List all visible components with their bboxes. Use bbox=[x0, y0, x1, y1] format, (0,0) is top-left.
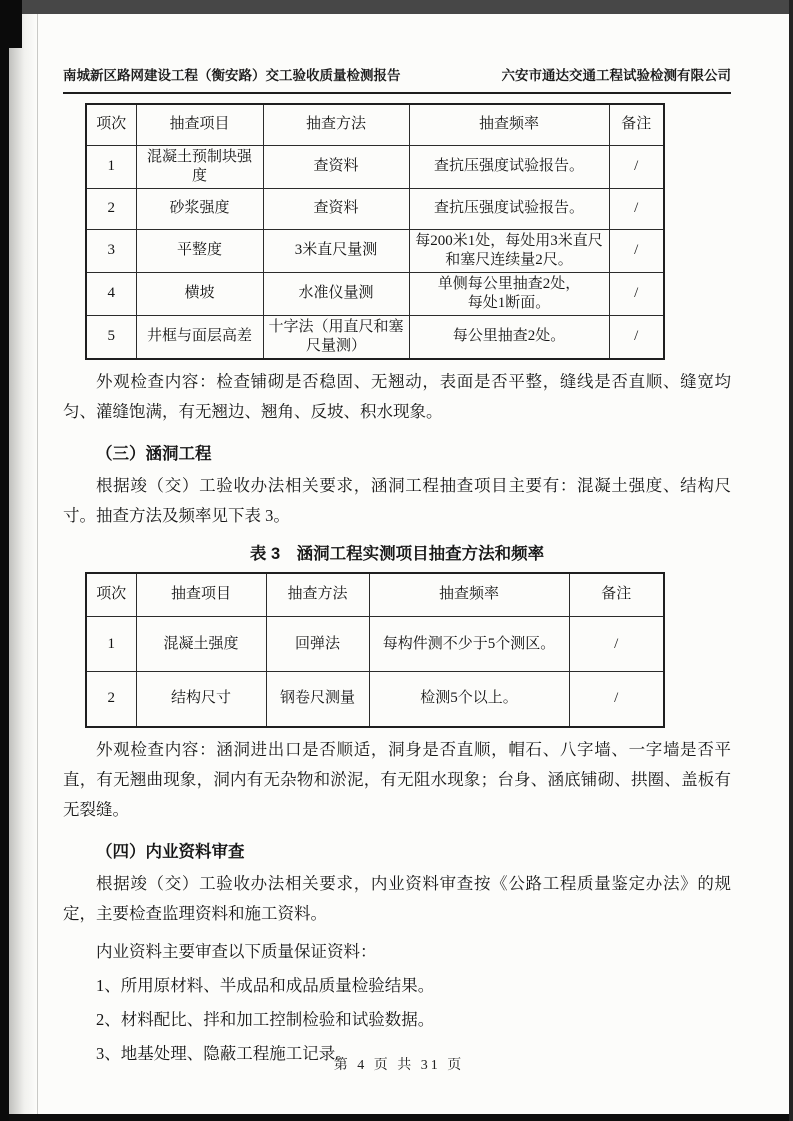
table-cell: 3米直尺量测 bbox=[263, 229, 409, 272]
table-cell: 5 bbox=[86, 315, 136, 359]
table-cell: / bbox=[609, 188, 664, 229]
table-cell: 混凝土预制块强度 bbox=[136, 145, 263, 188]
column-header: 抽查频率 bbox=[369, 573, 569, 617]
table-cell: 回弹法 bbox=[266, 617, 369, 672]
table-row: 5井框与面层高差十字法（用直尺和塞尺量测）每公里抽查2处。/ bbox=[86, 315, 664, 359]
table-cell: 1 bbox=[86, 145, 136, 188]
table-cell: 水准仪量测 bbox=[263, 272, 409, 315]
list-item-1: 1、所用原材料、半成品和成品质量检验结果。 bbox=[63, 975, 731, 997]
table-row: 3平整度3米直尺量测每200米1处，每处用3米直尺和塞尺连续量2尺。/ bbox=[86, 229, 664, 272]
table-cell: / bbox=[609, 315, 664, 359]
table-cell: 查抗压强度试验报告。 bbox=[409, 145, 609, 188]
table-cell: 每200米1处，每处用3米直尺和塞尺连续量2尺。 bbox=[409, 229, 609, 272]
table-cell: 查抗压强度试验报告。 bbox=[409, 188, 609, 229]
scanner-edge-corner bbox=[0, 0, 22, 48]
table-cell: 横坡 bbox=[136, 272, 263, 315]
table-cell: 十字法（用直尺和塞尺量测） bbox=[263, 315, 409, 359]
page-footer: 第 4 页 共 31 页 bbox=[9, 1054, 789, 1074]
column-header: 备注 bbox=[569, 573, 664, 617]
scanner-edge-top bbox=[0, 0, 793, 14]
inspection-table-pavement: 项次抽查项目抽查方法抽查频率备注 1混凝土预制块强度查资料查抗压强度试验报告。/… bbox=[85, 103, 665, 360]
column-header: 项次 bbox=[86, 104, 136, 145]
appearance-note-culvert: 外观检查内容：涵洞进出口是否顺适，洞身是否直顺，帽石、八字墙、一字墙是否平直，有… bbox=[63, 735, 731, 825]
culvert-intro: 根据竣（交）工验收办法相关要求，涵洞工程抽查项目主要有：混凝土强度、结构尺寸。抽… bbox=[63, 471, 731, 531]
table-cell: 砂浆强度 bbox=[136, 188, 263, 229]
column-header: 备注 bbox=[609, 104, 664, 145]
table-cell: 钢卷尺测量 bbox=[266, 672, 369, 727]
report-header: 南城新区路网建设工程（衡安路）交工验收质量检测报告 六安市通达交通工程试验检测有… bbox=[63, 64, 731, 94]
table-cell: 2 bbox=[86, 672, 136, 727]
scanner-edge-bottom bbox=[0, 1114, 793, 1121]
table-cell: 每公里抽查2处。 bbox=[409, 315, 609, 359]
column-header: 抽查方法 bbox=[266, 573, 369, 617]
table-cell: 单侧每公里抽查2处， 每处1断面。 bbox=[409, 272, 609, 315]
company-name: 六安市通达交通工程试验检测有限公司 bbox=[502, 64, 732, 84]
table-row: 1混凝土预制块强度查资料查抗压强度试验报告。/ bbox=[86, 145, 664, 188]
table-cell: 查资料 bbox=[263, 145, 409, 188]
table-cell: / bbox=[609, 229, 664, 272]
table-cell: 结构尺寸 bbox=[136, 672, 266, 727]
table-cell: 1 bbox=[86, 617, 136, 672]
table-row: 1混凝土强度回弹法每构件测不少于5个测区。/ bbox=[86, 617, 664, 672]
table-cell: / bbox=[609, 272, 664, 315]
table3-title: 表 3 涵洞工程实测项目抽查方法和频率 bbox=[63, 540, 731, 564]
column-header: 抽查项目 bbox=[136, 573, 266, 617]
table-cell: / bbox=[569, 672, 664, 727]
page-content: 南城新区路网建设工程（衡安路）交工验收质量检测报告 六安市通达交通工程试验检测有… bbox=[9, 14, 789, 1114]
table-cell: 井框与面层高差 bbox=[136, 315, 263, 359]
column-header: 项次 bbox=[86, 573, 136, 617]
scanner-edge-right bbox=[789, 0, 793, 1121]
table-cell: 3 bbox=[86, 229, 136, 272]
report-title: 南城新区路网建设工程（衡安路）交工验收质量检测报告 bbox=[63, 64, 401, 84]
table-cell: 4 bbox=[86, 272, 136, 315]
table-cell: / bbox=[609, 145, 664, 188]
document-page: 南城新区路网建设工程（衡安路）交工验收质量检测报告 六安市通达交通工程试验检测有… bbox=[9, 14, 789, 1114]
column-header: 抽查项目 bbox=[136, 104, 263, 145]
table-row: 2砂浆强度查资料查抗压强度试验报告。/ bbox=[86, 188, 664, 229]
inspection-table-culvert: 项次抽查项目抽查方法抽查频率备注 1混凝土强度回弹法每构件测不少于5个测区。/2… bbox=[85, 572, 665, 728]
table-cell: 平整度 bbox=[136, 229, 263, 272]
section-heading-documents: （四）内业资料审查 bbox=[63, 838, 731, 862]
table-row: 4横坡水准仪量测单侧每公里抽查2处， 每处1断面。/ bbox=[86, 272, 664, 315]
scanner-edge-left bbox=[0, 0, 9, 1121]
table-cell: 查资料 bbox=[263, 188, 409, 229]
list-item-2: 2、材料配比、拌和加工控制检验和试验数据。 bbox=[63, 1009, 731, 1031]
table-header-row: 项次抽查项目抽查方法抽查频率备注 bbox=[86, 104, 664, 145]
documents-intro: 根据竣（交）工验收办法相关要求，内业资料审查按《公路工程质量鉴定办法》的规定，主… bbox=[63, 869, 731, 929]
table-cell: 2 bbox=[86, 188, 136, 229]
column-header: 抽查频率 bbox=[409, 104, 609, 145]
table-cell: 混凝土强度 bbox=[136, 617, 266, 672]
table-cell: 每构件测不少于5个测区。 bbox=[369, 617, 569, 672]
column-header: 抽查方法 bbox=[263, 104, 409, 145]
section-heading-culvert: （三）涵洞工程 bbox=[63, 440, 731, 464]
appearance-note-pavement: 外观检查内容：检查铺砌是否稳固、无翘动，表面是否平整，缝线是否直顺、缝宽均匀、灌… bbox=[63, 367, 731, 427]
table-cell: / bbox=[569, 617, 664, 672]
list-intro: 内业资料主要审查以下质量保证资料： bbox=[63, 941, 731, 963]
table-header-row: 项次抽查项目抽查方法抽查频率备注 bbox=[86, 573, 664, 617]
table-cell: 检测5个以上。 bbox=[369, 672, 569, 727]
table-row: 2结构尺寸钢卷尺测量检测5个以上。/ bbox=[86, 672, 664, 727]
